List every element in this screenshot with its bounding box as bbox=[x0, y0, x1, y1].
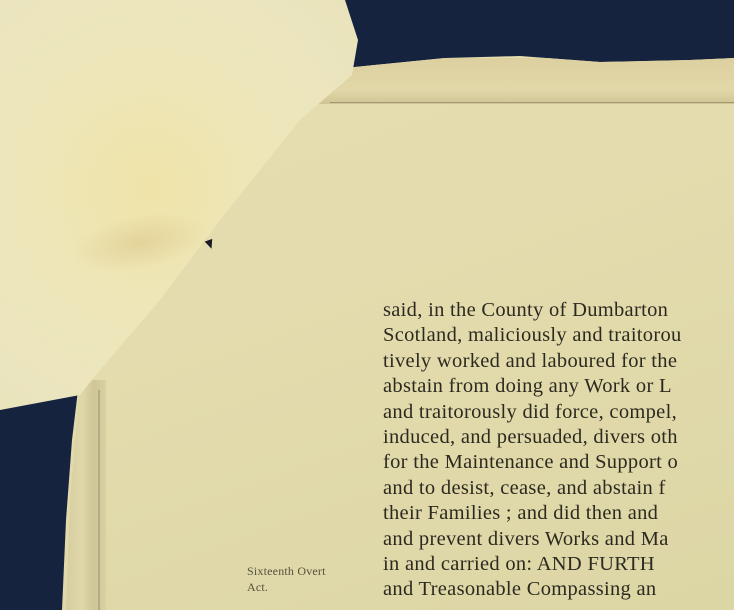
text-line: induced, and persuaded, divers oth bbox=[383, 425, 734, 450]
margin-note-line: Act. bbox=[247, 579, 326, 595]
page-top-fold-line bbox=[330, 102, 734, 103]
text-line: abstain from doing any Work or L bbox=[383, 374, 734, 399]
text-line: tively worked and laboured for the bbox=[383, 349, 734, 374]
text-line: and to desist, cease, and abstain f bbox=[383, 476, 734, 501]
text-line: and Treasonable Compassing an bbox=[383, 577, 734, 602]
page-left-fold-line bbox=[98, 390, 100, 610]
page-left-edge bbox=[66, 380, 106, 610]
text-line: their Families ; and did then and bbox=[383, 501, 734, 526]
text-line: and prevent divers Works and Ma bbox=[383, 527, 734, 552]
margin-note: Sixteenth Overt Act. bbox=[247, 563, 326, 595]
margin-note-line: Sixteenth Overt bbox=[247, 563, 326, 579]
page-top-edge bbox=[300, 58, 734, 104]
text-line: for the Maintenance and Support o bbox=[383, 450, 734, 475]
body-text: said, in the County of Dumbarton Scotlan… bbox=[383, 298, 734, 603]
document-photo: said, in the County of Dumbarton Scotlan… bbox=[0, 0, 734, 610]
text-line: said, in the County of Dumbarton bbox=[383, 298, 734, 323]
text-line: in and carried on: AND FURTH bbox=[383, 552, 734, 577]
text-line: and traitorously did force, compel, bbox=[383, 400, 734, 425]
text-line: Scotland, maliciously and traitorou bbox=[383, 323, 734, 348]
